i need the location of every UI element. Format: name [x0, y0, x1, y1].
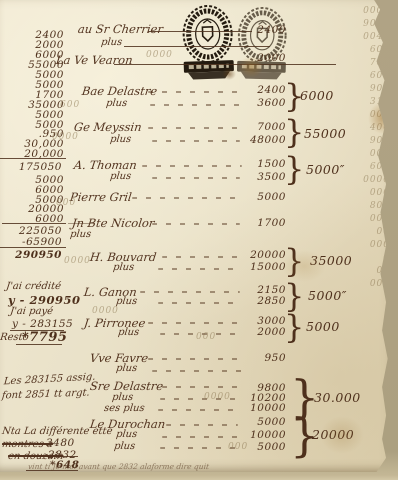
bleedthrough-row: 000 — [342, 149, 390, 159]
leader-dashes — [162, 256, 240, 258]
entry-plus: plus — [115, 363, 138, 374]
entry-total: 30.000 — [314, 390, 361, 405]
entry-amount: 950 — [242, 352, 286, 364]
entry-amount: 2400 — [242, 24, 286, 36]
bleedthrough-patch: 0000 — [92, 306, 119, 316]
entry-total: 5000″ — [306, 162, 345, 177]
tally-rule — [2, 223, 66, 224]
bleedthrough-patch: 0000 — [146, 50, 173, 60]
entry-amount: 15000 — [242, 261, 286, 273]
entry-total: 6000 — [300, 88, 334, 103]
entry-amount: 2400 — [242, 84, 286, 96]
scanned-document-frame: 2400 2000 6000 55000 5000 5000 1700 3500… — [0, 0, 398, 480]
note-paid-value: y - 283155 — [12, 318, 73, 330]
paper-stain — [368, 102, 396, 134]
entry-rule-line — [148, 31, 252, 32]
entry-total: 5000″ — [308, 288, 347, 303]
entry-rule-line — [114, 64, 336, 65]
note-rest-value: *7795 — [22, 330, 67, 345]
bleedthrough-patch: 000 — [196, 332, 216, 342]
entry-plus: plus — [105, 98, 128, 109]
leader-dashes — [132, 197, 240, 199]
paper-stain — [320, 416, 364, 454]
bleedthrough-row: 800 — [342, 201, 390, 211]
entry-amount: 48000 — [242, 134, 286, 146]
entry-amount: 1500 — [242, 158, 286, 170]
leader-dashes — [148, 127, 242, 129]
entry-plus: ses plus — [103, 403, 145, 414]
tally-rule — [0, 247, 66, 248]
bleedthrough-patch: 0000 — [52, 132, 79, 142]
entry-amount: 10000 — [242, 402, 286, 414]
leader-dashes — [148, 91, 244, 93]
entry-amount: 5000 — [242, 416, 286, 428]
entry-name: Bae Delastre — [81, 84, 158, 98]
note-credited-label: J'ai crédité — [5, 281, 61, 292]
entry-plus: plus — [111, 392, 134, 403]
note-footer: vint ti Je moi avant que 2832 alaforme d… — [27, 462, 209, 471]
leader-dashes — [142, 165, 242, 167]
paper-stain — [282, 250, 326, 282]
bleedthrough-row: 0000 — [342, 6, 390, 16]
entry-total: 55000 — [304, 126, 346, 141]
entry-amount: 10000 — [242, 429, 286, 441]
entry-amount: 1700 — [242, 217, 286, 229]
bleedthrough-row: 900 — [342, 136, 390, 146]
bleedthrough-row: 000 — [342, 110, 390, 120]
leader-dashes — [140, 291, 240, 293]
manuscript-page: 2400 2000 6000 55000 5000 5000 1700 3500… — [0, 0, 398, 472]
bleedthrough-row: 310 — [342, 97, 390, 107]
bleedthrough-row: 00 — [342, 266, 390, 276]
entry-amount: 7000 — [242, 121, 286, 133]
bleedthrough-patch: 000 — [228, 442, 248, 452]
note-rule — [16, 344, 62, 345]
entry-name: Pierre Gril — [69, 190, 132, 204]
entry-total: 5000 — [306, 319, 340, 334]
bleedthrough-row: 900 — [342, 84, 390, 94]
leader-dashes — [158, 409, 238, 411]
bleedthrough-row: 000 — [342, 279, 390, 289]
note-paid-label: J'ai payé — [9, 306, 53, 317]
amount-group-brace: } — [284, 311, 304, 343]
bleedthrough-patch: 600 — [60, 100, 80, 110]
entry-amount: 2000 — [242, 326, 286, 338]
bleedthrough-row: 0000 — [342, 175, 390, 185]
entry-rule-line — [124, 46, 270, 47]
leader-dashes — [158, 302, 240, 304]
bleedthrough-row: 0040 — [342, 32, 390, 42]
bleedthrough-row: 600 — [342, 162, 390, 172]
entry-plus: plus — [113, 441, 136, 452]
amount-group-brace: } — [284, 116, 304, 148]
entry-name: Ge Meyssin — [73, 120, 142, 134]
leader-dashes — [162, 436, 240, 438]
leader-dashes — [158, 268, 240, 270]
bleedthrough-patch: 0000 — [204, 392, 231, 402]
entry-plus: plus — [100, 37, 123, 48]
bleedthrough-row: 00 — [342, 227, 390, 237]
entry-name: La Ve Vearon — [55, 53, 133, 67]
amount-group-brace: } — [284, 153, 304, 185]
entry-name: Sre Delastre — [89, 379, 164, 393]
leader-dashes — [152, 177, 240, 179]
note-assignats-1: Les 283155 assig. — [3, 372, 95, 388]
entry-amount: 3500 — [242, 171, 286, 183]
bleedthrough-patch: 000 — [56, 198, 76, 208]
leader-dashes — [150, 104, 242, 106]
entry-plus: plus — [109, 171, 132, 182]
leader-dashes — [166, 424, 238, 426]
leader-dashes — [162, 386, 240, 388]
entry-amount: 5000 — [242, 191, 286, 203]
leader-dashes — [152, 140, 240, 142]
entry-name: A. Thoman — [73, 158, 138, 172]
entry-plus: plus — [112, 262, 135, 273]
entry-plus: plus — [109, 134, 132, 145]
bleedthrough-row: 0 — [342, 253, 390, 263]
leader-dashes — [152, 370, 242, 372]
entry-amount: 20000 — [242, 249, 286, 261]
entry-plus: plus — [115, 429, 138, 440]
entry-amount: 5000 — [242, 441, 286, 453]
note-credited-value: y - 290950 — [8, 293, 80, 307]
entry-name: au Sr Cherrier — [77, 22, 164, 36]
note-rule — [28, 456, 78, 457]
ink-blot — [222, 68, 236, 80]
leader-dashes — [148, 358, 240, 360]
tally-total: 290950 — [0, 249, 62, 261]
note-nota-2-value: 3480 — [46, 437, 75, 449]
tally-rule — [0, 158, 66, 159]
leader-dashes — [148, 322, 240, 324]
entry-amount: 2850 — [242, 295, 286, 307]
bleedthrough-patch: 0000 — [64, 256, 91, 266]
bleedthrough-row: 000 — [342, 188, 390, 198]
entry-plus: plus — [69, 229, 92, 240]
leader-dashes — [152, 223, 240, 225]
note-nota-1: Nta La différente ette — [1, 426, 113, 437]
bleedthrough-row: 700 — [342, 58, 390, 68]
entry-plus: plus — [117, 327, 140, 338]
tally-subtotal: 175050 — [0, 161, 62, 173]
entry-amount: 3600 — [242, 97, 286, 109]
bleedthrough-row: 000 — [342, 214, 390, 224]
bleedthrough-row: 9012 — [342, 19, 390, 29]
bleedthrough-row: 600 — [342, 71, 390, 81]
bleedthrough-row: 600 — [342, 45, 390, 55]
note-assignats-2: font 2851 tt argt. — [1, 387, 90, 401]
paper-stain — [238, 56, 264, 78]
entry-name: Jn Bte Nicolor — [71, 216, 155, 230]
bleedthrough-row: 000 — [342, 240, 390, 250]
